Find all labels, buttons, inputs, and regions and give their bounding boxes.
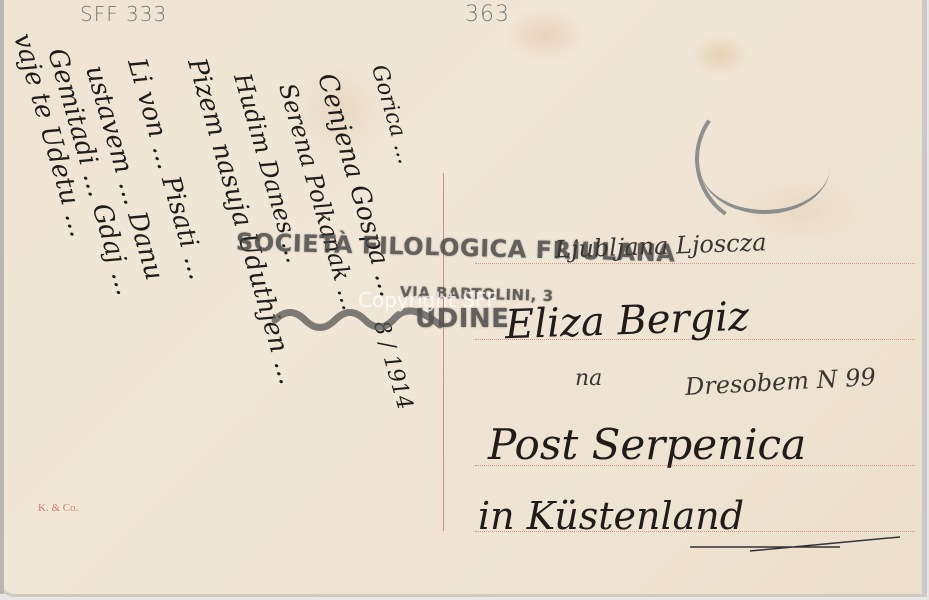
- archive-collection-id: SFF 333: [80, 2, 167, 26]
- scan-edge: [0, 0, 4, 594]
- address-house: Dresobem N 99: [684, 363, 876, 401]
- copyright-watermark: Copyright SFF: [358, 288, 498, 312]
- archive-item-number: 363: [465, 2, 510, 27]
- postcard-back: SFF 333 363 Gorica ... Cenjena Gospa ...…: [0, 0, 927, 597]
- postmark-arc-lower: [700, 120, 830, 214]
- address-divider-line: [443, 173, 444, 531]
- message-column: Gorica ...: [366, 62, 418, 167]
- underline-stroke: [690, 535, 910, 555]
- address-region: in Küstenland: [478, 494, 744, 538]
- address-post: Post Serpenica: [488, 420, 806, 469]
- address-prefix: na: [575, 366, 602, 391]
- printer-mark: K. & Co.: [38, 502, 78, 514]
- address-line-1: Ljubljana Ljoscza: [555, 228, 767, 263]
- address-recipient: Eliza Bergiz: [504, 294, 750, 348]
